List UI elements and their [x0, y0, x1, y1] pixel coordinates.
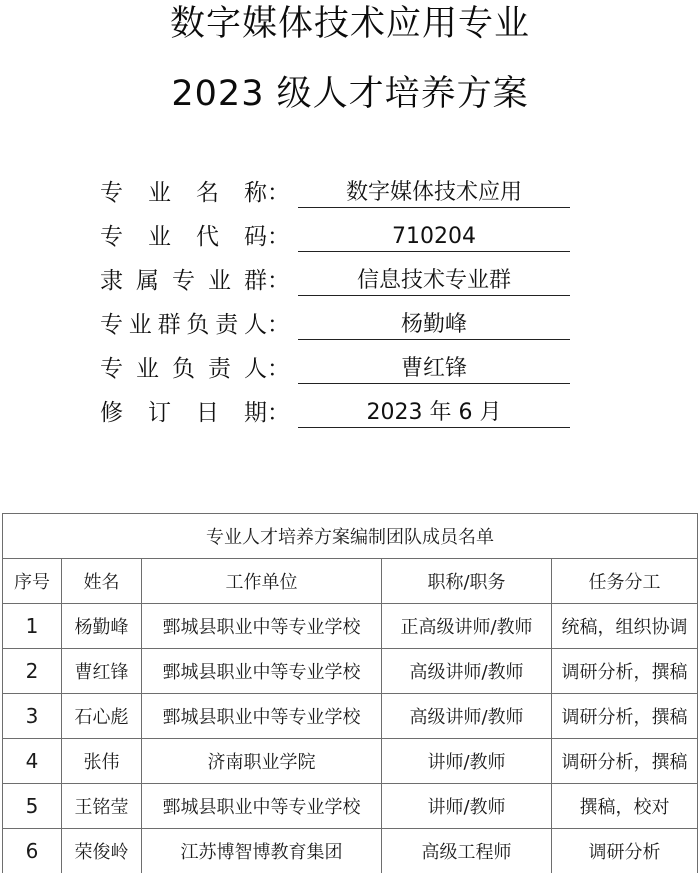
cell-task: 调研分析，撰稿 [552, 739, 698, 784]
info-value-group-leader: 杨勤峰 [298, 311, 570, 340]
info-value-major-name: 数字媒体技术应用 [298, 179, 570, 208]
table-row: 2 曹红锋 鄄城县职业中等专业学校 高级讲师/教师 调研分析，撰稿 [3, 649, 698, 694]
cell-name: 荣俊岭 [62, 829, 142, 873]
label-char: 业 [208, 266, 231, 296]
label-char: 群 [158, 310, 181, 340]
info-block: 专 业 名 称： 数字媒体技术应用 专 业 代 码： 710204 隶 属 专 … [100, 170, 580, 434]
cell-task: 调研分析，撰稿 [552, 694, 698, 739]
cell-task: 撰稿，校对 [552, 784, 698, 829]
cell-title: 高级讲师/教师 [382, 694, 552, 739]
label-char: 负 [172, 354, 195, 384]
table-caption: 专业人才培养方案编制团队成员名单 [3, 514, 698, 559]
label-char: 日 [196, 398, 219, 428]
info-row-group-leader: 专 业 群 负 责 人： 杨勤峰 [100, 302, 580, 346]
label-char: 责 [215, 310, 238, 340]
info-label: 专 业 群 负 责 人： [100, 310, 290, 346]
label-char: 群： [244, 266, 290, 296]
document-title-line-2: 2023 级人才培养方案 [0, 74, 700, 114]
label-char: 专 [172, 266, 195, 296]
table-caption-row: 专业人才培养方案编制团队成员名单 [3, 514, 698, 559]
label-char: 代 [196, 222, 219, 252]
cell-unit: 鄄城县职业中等专业学校 [142, 649, 382, 694]
cell-name: 杨勤峰 [62, 604, 142, 649]
cell-name: 石心彪 [62, 694, 142, 739]
label-char: 专 [100, 354, 123, 384]
cell-no: 1 [3, 604, 62, 649]
cell-task: 调研分析 [552, 829, 698, 873]
info-label: 隶 属 专 业 群： [100, 266, 290, 302]
label-char: 码： [244, 222, 290, 252]
info-value-major-group: 信息技术专业群 [298, 267, 570, 296]
info-row-major-code: 专 业 代 码： 710204 [100, 214, 580, 258]
cell-name: 张伟 [62, 739, 142, 784]
label-char: 业 [148, 222, 171, 252]
cell-no: 5 [3, 784, 62, 829]
table-row: 4 张伟 济南职业学院 讲师/教师 调研分析，撰稿 [3, 739, 698, 784]
cell-no: 4 [3, 739, 62, 784]
table-row: 3 石心彪 鄄城县职业中等专业学校 高级讲师/教师 调研分析，撰稿 [3, 694, 698, 739]
label-char: 业 [136, 354, 159, 384]
info-label: 专 业 名 称： [100, 178, 290, 214]
table-row: 5 王铭莹 鄄城县职业中等专业学校 讲师/教师 撰稿，校对 [3, 784, 698, 829]
label-char: 专 [100, 310, 123, 340]
label-char: 订 [148, 398, 171, 428]
label-char: 人： [244, 354, 290, 384]
info-row-major-name: 专 业 名 称： 数字媒体技术应用 [100, 170, 580, 214]
cell-unit: 鄄城县职业中等专业学校 [142, 784, 382, 829]
label-char: 专 [100, 178, 123, 208]
column-header-title: 职称/职务 [382, 559, 552, 604]
label-char: 责 [208, 354, 231, 384]
label-char: 期： [244, 398, 290, 428]
cell-task: 调研分析，撰稿 [552, 649, 698, 694]
cell-unit: 鄄城县职业中等专业学校 [142, 604, 382, 649]
label-char: 人： [244, 310, 290, 340]
table-row: 6 荣俊岭 江苏博智博教育集团 高级工程师 调研分析 [3, 829, 698, 873]
info-value-revision-date: 2023 年 6 月 [298, 399, 570, 428]
cell-unit: 鄄城县职业中等专业学校 [142, 694, 382, 739]
info-row-major-leader: 专 业 负 责 人： 曹红锋 [100, 346, 580, 390]
cell-no: 3 [3, 694, 62, 739]
cell-unit: 济南职业学院 [142, 739, 382, 784]
column-header-task: 任务分工 [552, 559, 698, 604]
cell-no: 6 [3, 829, 62, 873]
info-value-major-code: 710204 [298, 223, 570, 252]
cell-title: 讲师/教师 [382, 784, 552, 829]
column-header-name: 姓名 [62, 559, 142, 604]
label-char: 业 [148, 178, 171, 208]
label-char: 称： [244, 178, 290, 208]
info-value-major-leader: 曹红锋 [298, 355, 570, 384]
info-label: 专 业 代 码： [100, 222, 290, 258]
cell-name: 曹红锋 [62, 649, 142, 694]
label-char: 业 [129, 310, 152, 340]
info-row-major-group: 隶 属 专 业 群： 信息技术专业群 [100, 258, 580, 302]
cell-title: 正高级讲师/教师 [382, 604, 552, 649]
cell-title: 高级工程师 [382, 829, 552, 873]
info-row-revision-date: 修 订 日 期： 2023 年 6 月 [100, 390, 580, 434]
team-members-table: 专业人才培养方案编制团队成员名单 序号 姓名 工作单位 职称/职务 任务分工 1… [2, 513, 698, 873]
label-char: 专 [100, 222, 123, 252]
cell-task: 统稿，组织协调 [552, 604, 698, 649]
document-title-line-1: 数字媒体技术应用专业 [0, 4, 700, 44]
cell-title: 高级讲师/教师 [382, 649, 552, 694]
label-char: 属 [136, 266, 159, 296]
label-char: 修 [100, 398, 123, 428]
cell-unit: 江苏博智博教育集团 [142, 829, 382, 873]
cell-title: 讲师/教师 [382, 739, 552, 784]
label-char: 隶 [100, 266, 123, 296]
table-header-row: 序号 姓名 工作单位 职称/职务 任务分工 [3, 559, 698, 604]
column-header-no: 序号 [3, 559, 62, 604]
label-char: 名 [196, 178, 219, 208]
info-label: 修 订 日 期： [100, 398, 290, 434]
table-row: 1 杨勤峰 鄄城县职业中等专业学校 正高级讲师/教师 统稿，组织协调 [3, 604, 698, 649]
info-label: 专 业 负 责 人： [100, 354, 290, 390]
label-char: 负 [186, 310, 209, 340]
column-header-unit: 工作单位 [142, 559, 382, 604]
cell-name: 王铭莹 [62, 784, 142, 829]
cell-no: 2 [3, 649, 62, 694]
